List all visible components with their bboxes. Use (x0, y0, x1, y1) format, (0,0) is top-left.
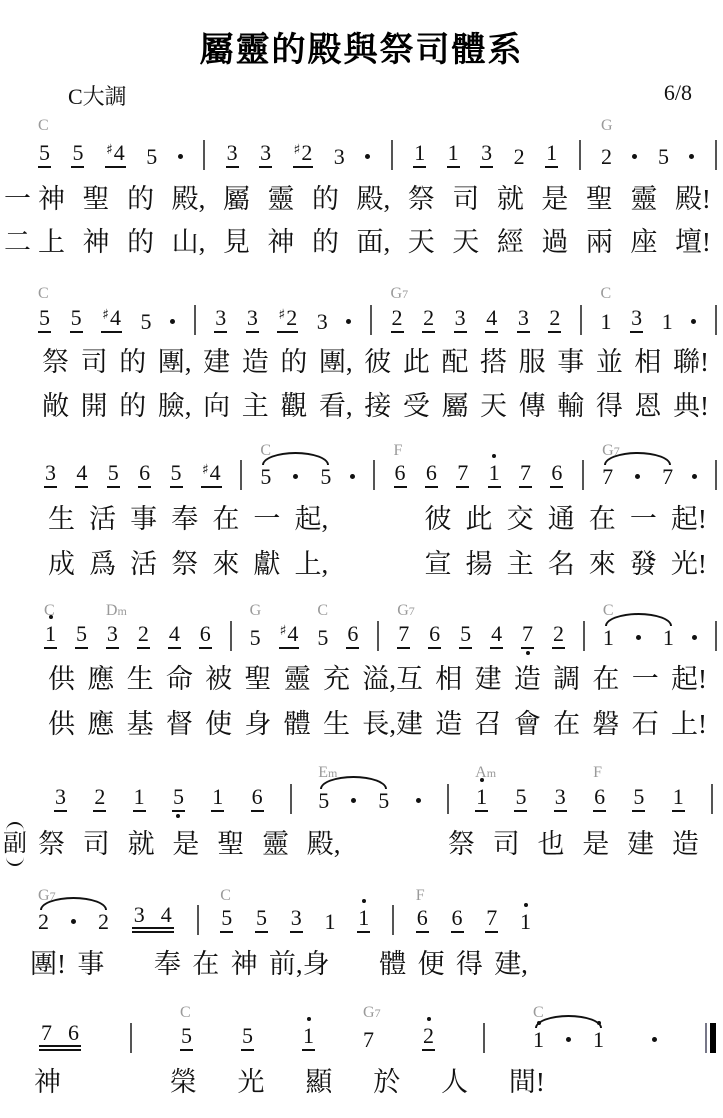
lyric-row: 祭司就是聖靈殿,祭司也是建造 (38, 828, 699, 860)
lyric-syllable: 起! (671, 663, 707, 695)
lyric-syllable: 上, (294, 548, 328, 580)
lyric-spacer (358, 828, 385, 860)
lyric-syllable: 輸 (557, 390, 584, 422)
lyric-syllable: 在 (589, 503, 616, 535)
lyric-syllable: 相 (435, 663, 462, 695)
lyric-spacer (383, 548, 410, 580)
sharp-icon: ♯ (106, 143, 113, 157)
chord-label: C (317, 603, 328, 619)
sheet-music-page: 屬靈的殿與祭司體系 C大調 6/8 55♯4533♯231132125CG一神聖… (0, 0, 723, 1118)
note: 6 (428, 622, 441, 649)
lyric-syllable: 靈 (262, 828, 289, 860)
lyric-syllable: 彼 (424, 503, 451, 535)
note: 3 (226, 141, 239, 168)
lyric-syllable: 宣 (424, 548, 451, 580)
lyric-syllable: 的 (127, 226, 154, 258)
lyric-syllable: 山, (172, 226, 206, 258)
lyric-syllable: 恩 (634, 390, 661, 422)
lyric-syllable: 受 (403, 390, 430, 422)
lyric-syllable: 靈 (630, 183, 657, 215)
lyric-syllable: 敞 (42, 390, 69, 422)
augmentation-dot (691, 319, 696, 324)
note: 2 (552, 622, 565, 649)
lyric-syllable: 應 (87, 708, 114, 740)
lyric-syllable: 爲 (89, 548, 116, 580)
lyric-syllable: 生 (323, 708, 350, 740)
barline (377, 621, 379, 651)
note: 7 (662, 465, 673, 488)
tie-group: 11 (603, 626, 674, 649)
page-title: 屬靈的殿與祭司體系 (0, 22, 723, 71)
barline (715, 305, 717, 335)
lyric-syllable: 祭 (42, 346, 69, 378)
lyric-syllable: 的 (280, 346, 307, 378)
lyric-syllable: 應 (87, 663, 114, 695)
lyric-syllable: 相 (634, 346, 661, 378)
lyric-syllable: 間! (509, 1066, 545, 1098)
lyric-syllable: 開 (81, 390, 108, 422)
tie-group: 55 (318, 789, 389, 812)
barline (290, 784, 292, 814)
lyric-row: 供應生命被聖靈充溢,互相建造調在一起! (48, 663, 707, 695)
note: 5 (250, 626, 261, 649)
lyric-syllable: 面, (356, 226, 390, 258)
barline (194, 305, 196, 335)
note-row: 55♯4533♯23223432131 (38, 303, 717, 333)
note: 3 (214, 306, 227, 333)
lyric-syllable: 光! (671, 548, 707, 580)
chord-row: CG7C (38, 1003, 716, 1021)
note: 1 (475, 785, 488, 812)
lyric-syllable: 磐 (592, 708, 619, 740)
note: 7 (363, 1028, 374, 1051)
lyric-syllable: 屬 (223, 183, 250, 215)
note: 3 (334, 145, 345, 168)
lyric-syllable: 身 (244, 708, 271, 740)
note: 2 (98, 910, 109, 933)
augmentation-dot (293, 474, 298, 479)
note: 1 (211, 785, 224, 812)
note: 4 (485, 306, 498, 333)
note: 6 (425, 461, 438, 488)
lyric-syllable: 此 (466, 503, 493, 535)
chord-label: C (220, 888, 231, 904)
tie-group: 22 (38, 910, 109, 933)
note: 5 (255, 906, 268, 933)
lyric-syllable: 神 (231, 948, 258, 980)
augmentation-dot (636, 635, 641, 640)
lyric-syllable: 屬 (441, 390, 468, 422)
lyric-spacer (342, 548, 369, 580)
lyric-syllable: 供 (48, 708, 75, 740)
note-row: 32151655153651 (54, 782, 713, 812)
note: 2 (601, 145, 612, 168)
note-row: 34565♯45566717677 (44, 458, 717, 488)
lyric-syllable: 祭 (38, 828, 65, 860)
lyric-syllable: 來 (212, 548, 239, 580)
lyric-syllable: 司 (81, 346, 108, 378)
chord-label: G7 (363, 1005, 381, 1021)
lyric-syllable: 搭 (480, 346, 507, 378)
note: 5 (220, 906, 233, 933)
note: 3 (106, 622, 119, 649)
lyric-syllable: 建, (494, 948, 528, 980)
lyric-syllable: 聯! (673, 346, 709, 378)
note: 6 (346, 622, 359, 649)
lyric-syllable: 的 (119, 346, 146, 378)
note: 7 (521, 622, 534, 649)
final-barline (705, 1023, 716, 1053)
lyric-syllable: 奉 (171, 503, 198, 535)
lyric-spacer (116, 948, 143, 980)
note: 5 (141, 310, 152, 333)
augmentation-dot (416, 798, 421, 803)
note: 1 (672, 785, 685, 812)
barline (715, 621, 717, 651)
lyric-syllable: 臉, (158, 390, 192, 422)
lyric-syllable: 調 (553, 663, 580, 695)
note: 5 (172, 785, 185, 812)
lyric-syllable: 過 (541, 226, 568, 258)
lyric-syllable: 成 (48, 548, 75, 580)
lyric-syllable: 靈 (267, 183, 294, 215)
note: 7 (41, 1021, 52, 1044)
lyric-row: 神榮光顯於人間! (34, 1066, 545, 1098)
lyric-row: 生活事奉在一起,彼此交通在一起! (48, 503, 707, 535)
key-signature: C大調 (68, 80, 127, 111)
lyric-syllable: 起, (294, 503, 328, 535)
note: 5 (75, 622, 88, 649)
lyric-syllable: 傳 (519, 390, 546, 422)
note: 5 (317, 626, 328, 649)
lyric-syllable: 典! (673, 390, 709, 422)
lyric-syllable: 殿, (172, 183, 206, 215)
chord-label: Am (475, 765, 496, 781)
barline (370, 305, 372, 335)
sharp-icon: ♯ (102, 308, 109, 322)
lyric-syllable: 建 (203, 346, 230, 378)
barline (715, 460, 717, 490)
lyric-row: 敞開的臉,向主觀看,接受屬天傳輸得恩典! (42, 390, 709, 422)
paren-top-icon (6, 822, 24, 831)
note: ♯4 (101, 306, 122, 333)
lyric-syllable: 神 (38, 183, 65, 215)
sharp-icon: ♯ (278, 308, 285, 322)
note: 6 (451, 906, 464, 933)
lyric-syllable: 事 (557, 346, 584, 378)
note: 2 (422, 1024, 435, 1051)
lyric-syllable: 的 (119, 390, 146, 422)
lyric-syllable: 來 (589, 548, 616, 580)
lyric-syllable: 向 (203, 390, 230, 422)
lyric-syllable: 揚 (466, 548, 493, 580)
chord-row: EmAmF (54, 763, 713, 781)
note: 1 (533, 1028, 544, 1051)
lyric-syllable: 交 (507, 503, 534, 535)
note: 5 (378, 789, 389, 812)
lyric-syllable: 活 (130, 548, 157, 580)
note: 1 (488, 461, 501, 488)
chord-label: G7 (38, 888, 56, 904)
note: 5 (180, 1024, 193, 1051)
chord-row: CG7C (38, 284, 717, 302)
note-row: 2234553116671 (38, 903, 531, 933)
lyric-syllable: 司 (493, 828, 520, 860)
chord-row: CG (38, 116, 717, 134)
lyric-syllable: 的 (312, 226, 339, 258)
chord-label: C (533, 1005, 544, 1021)
note: 3 (54, 785, 67, 812)
note: 5 (146, 145, 157, 168)
lyric-syllable: 會 (514, 708, 541, 740)
note: 6 (138, 461, 151, 488)
lyric-syllable: 兩 (586, 226, 613, 258)
chord-row: G7CF (38, 886, 531, 904)
note: ♯2 (277, 306, 298, 333)
lyric-syllable: 經 (497, 226, 524, 258)
tie-group: 11 (533, 1028, 604, 1051)
chord-row: CDmGCG7C (44, 601, 717, 619)
lyric-syllable: 榮 (170, 1066, 197, 1098)
barline (711, 784, 713, 814)
lyric-syllable: 建 (627, 828, 654, 860)
chord-label: G7 (397, 603, 415, 619)
lyric-syllable: 一 (253, 503, 280, 535)
lyric-syllable: 在 (592, 663, 619, 695)
note: 1 (663, 626, 674, 649)
lyric-syllable: 得 (456, 948, 483, 980)
lyric-syllable: 祭 (171, 548, 198, 580)
lyric-syllable: 聖 (83, 183, 110, 215)
lyric-syllable: 主 (507, 548, 534, 580)
augmentation-dot (692, 635, 697, 640)
note: 4 (490, 622, 503, 649)
augmentation-dot (689, 154, 694, 159)
lyric-syllable: 獻 (253, 548, 280, 580)
note: 7 (456, 461, 469, 488)
lyric-syllable: 是 (172, 828, 199, 860)
lyric-syllable: 於 (373, 1066, 400, 1098)
note: 1 (44, 622, 57, 649)
chord-label: G (250, 603, 262, 619)
sharp-icon: ♯ (294, 143, 301, 157)
lyric-syllable: 體 (379, 948, 406, 980)
lyric-row: 成爲活祭來獻上,宣揚主名來發光! (48, 548, 707, 580)
lyric-syllable: 團, (319, 346, 353, 378)
sharp-icon: ♯ (202, 463, 209, 477)
lyric-syllable: 生 (48, 503, 75, 535)
chord-label: G7 (602, 443, 620, 459)
lyric-syllable: 觀 (280, 390, 307, 422)
note: 3 (317, 310, 328, 333)
lyric-syllable: 殿, (356, 183, 390, 215)
lyric-syllable: 的 (127, 183, 154, 215)
lyric-syllable: 造 (514, 663, 541, 695)
lyric-spacer (342, 503, 369, 535)
note: 1 (357, 906, 370, 933)
augmentation-dot (652, 1037, 657, 1042)
note: 1 (603, 626, 614, 649)
note: 5 (170, 461, 183, 488)
note: 1 (325, 910, 336, 933)
barline (130, 1023, 132, 1053)
chord-label: F (593, 765, 602, 781)
lyric-spacer (102, 1066, 129, 1098)
lyric-syllable: 聖 (244, 663, 271, 695)
augmentation-dot (635, 474, 640, 479)
barline (715, 140, 717, 170)
barline (582, 460, 584, 490)
chord-label: Em (318, 765, 337, 781)
note: ♯4 (105, 141, 126, 168)
note: 5 (70, 306, 83, 333)
lyric-syllable: 服 (519, 346, 546, 378)
chord-label: C (180, 1005, 191, 1021)
note: 3 (246, 306, 259, 333)
note: 2 (391, 306, 404, 333)
lyric-syllable: 事 (77, 948, 104, 980)
note: 4 (168, 622, 181, 649)
augmentation-dot (350, 474, 355, 479)
lyric-syllable: 見 (223, 226, 250, 258)
lyric-syllable: 團, (158, 346, 192, 378)
chord-label: C (260, 443, 271, 459)
note: ♯2 (293, 141, 314, 168)
lyric-syllable: 造 (435, 708, 462, 740)
lyric-syllable: 石 (632, 708, 659, 740)
lyric-syllable: 奉 (154, 948, 181, 980)
lyric-spacer (341, 948, 368, 980)
chord-label: C (601, 286, 612, 302)
lyric-row: 團!事奉在神前,身體便得建, (30, 948, 528, 980)
lyric-syllable: 事 (130, 503, 157, 535)
beam-group: 76 (38, 1021, 82, 1051)
augmentation-dot (178, 154, 183, 159)
lyric-syllable: 是 (541, 183, 568, 215)
lyric-syllable: 生 (127, 663, 154, 695)
note: 2 (137, 622, 150, 649)
chord-row: CFG7 (44, 441, 717, 459)
lyric-syllable: 光 (238, 1066, 265, 1098)
lyric-syllable: 看, (319, 390, 353, 422)
barline (392, 905, 394, 935)
lyric-syllable: 天 (452, 226, 479, 258)
note: 5 (260, 465, 271, 488)
tie-group: 55 (260, 465, 331, 488)
chord-label: C (44, 603, 55, 619)
lyric-syllable: 通 (548, 503, 575, 535)
note: 1 (601, 310, 612, 333)
lyric-syllable: 司 (452, 183, 479, 215)
note: 2 (93, 785, 106, 812)
lyric-syllable: 是 (582, 828, 609, 860)
note: 3 (134, 903, 145, 926)
note: 5 (632, 785, 645, 812)
lyric-syllable: 壇! (675, 226, 711, 258)
note: 3 (554, 785, 567, 812)
lyric-syllable: 召 (475, 708, 502, 740)
lyric-syllable: 神 (267, 226, 294, 258)
lyric-syllable: 座 (630, 226, 657, 258)
note: 7 (397, 622, 410, 649)
lyric-syllable: 主 (242, 390, 269, 422)
lyric-spacer (383, 503, 410, 535)
note: 2 (422, 306, 435, 333)
note: ♯4 (201, 461, 222, 488)
note: 6 (199, 622, 212, 649)
chord-label: C (38, 118, 49, 134)
lyric-syllable: 得 (596, 390, 623, 422)
chord-label: Dm (106, 603, 127, 619)
lyric-syllable: 充 (323, 663, 350, 695)
lyric-syllable: 此 (403, 346, 430, 378)
barline (203, 140, 205, 170)
lyric-syllable: 上 (38, 226, 65, 258)
note: 7 (602, 465, 613, 488)
augmentation-dot (365, 154, 370, 159)
note-row: 765517211 (38, 1021, 716, 1051)
note: ♯4 (279, 622, 300, 649)
augmentation-dot (351, 798, 356, 803)
lyric-syllable: 供 (48, 663, 75, 695)
chorus-marker: 副 (0, 822, 30, 866)
note: 2 (514, 145, 525, 168)
lyric-spacer (403, 828, 430, 860)
barline (391, 140, 393, 170)
chord-label: C (603, 603, 614, 619)
note: 2 (38, 910, 49, 933)
lyric-syllable: 彼 (364, 346, 391, 378)
lyric-syllable: 活 (89, 503, 116, 535)
lyric-syllable: 一 (632, 663, 659, 695)
note: 6 (68, 1021, 79, 1044)
lyric-syllable: 靈 (284, 663, 311, 695)
barline (373, 460, 375, 490)
note: 5 (38, 306, 51, 333)
lyric-row: 祭司的團,建造的團,彼此配搭服事並相聯! (42, 346, 709, 378)
barline (583, 621, 585, 651)
note: 3 (630, 306, 643, 333)
note: 2 (548, 306, 561, 333)
lyric-syllable: 也 (538, 828, 565, 860)
lyric-syllable: 接 (364, 390, 391, 422)
note: 1 (413, 141, 426, 168)
barline (579, 140, 581, 170)
chord-label: G7 (391, 286, 409, 302)
note: 5 (320, 465, 331, 488)
lyric-syllable: 祭 (448, 828, 475, 860)
lyric-syllable: 聖 (217, 828, 244, 860)
lyric-syllable: 神 (83, 226, 110, 258)
barline (197, 905, 199, 935)
chord-label: F (416, 888, 425, 904)
note: 1 (662, 310, 673, 333)
lyric-syllable: 溢,互 (362, 663, 423, 695)
lyric-syllable: 就 (497, 183, 524, 215)
lyric-syllable: 天 (408, 226, 435, 258)
time-signature: 6/8 (664, 80, 692, 106)
lyric-syllable: 建 (475, 663, 502, 695)
sharp-icon: ♯ (280, 624, 287, 638)
barline (447, 784, 449, 814)
note: 6 (394, 461, 407, 488)
lyric-syllable: 的 (312, 183, 339, 215)
note: 7 (519, 461, 532, 488)
note: 3 (454, 306, 467, 333)
paren-bottom-icon (6, 857, 24, 866)
note: 5 (38, 141, 51, 168)
note: 5 (71, 141, 84, 168)
